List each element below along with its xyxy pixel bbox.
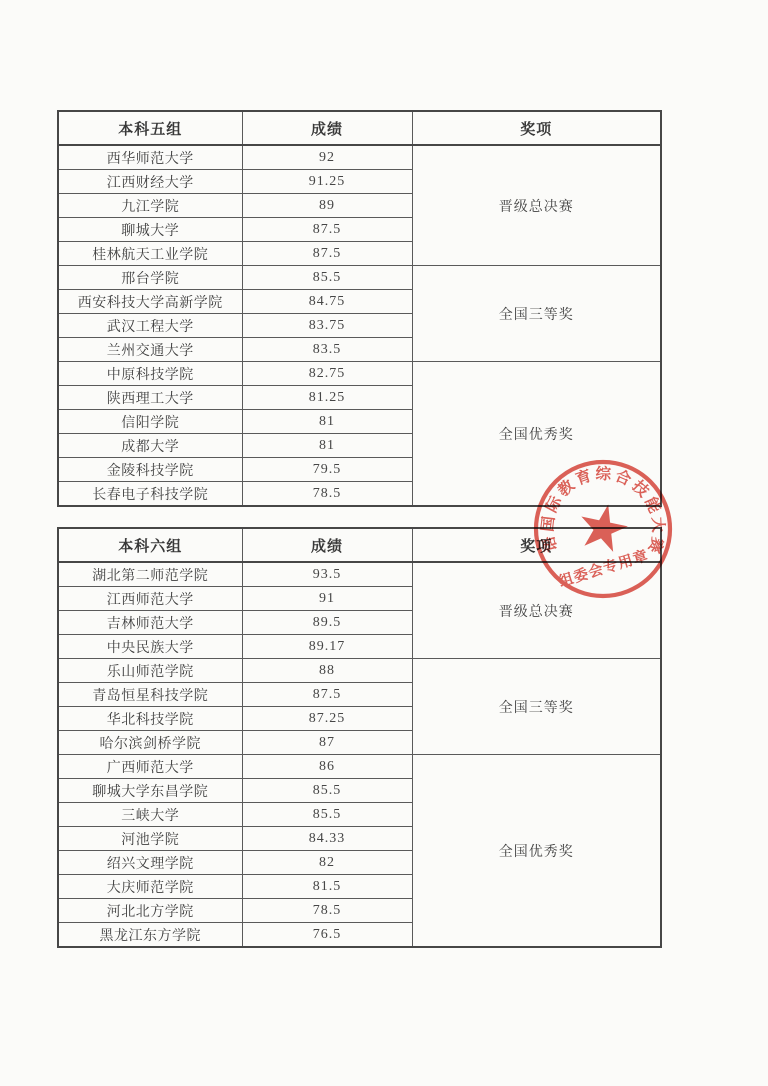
table-row: 湖北第二师范学院93.5晋级总决赛 [58,562,661,587]
score-cell: 85.5 [242,266,412,290]
university-name-cell: 三峡大学 [58,803,242,827]
score-cell: 87.25 [242,707,412,731]
table-header: 本科五组成绩奖项 [58,111,661,145]
university-name-cell: 西安科技大学高新学院 [58,290,242,314]
university-name-cell: 华北科技学院 [58,707,242,731]
university-name-cell: 聊城大学东昌学院 [58,779,242,803]
score-cell: 85.5 [242,779,412,803]
university-name-cell: 成都大学 [58,434,242,458]
score-cell: 84.75 [242,290,412,314]
table-row: 中原科技学院82.75全国优秀奖 [58,362,661,386]
score-cell: 81.25 [242,386,412,410]
university-name-cell: 绍兴文理学院 [58,851,242,875]
university-name-cell: 九江学院 [58,194,242,218]
column-header: 成绩 [242,528,412,562]
score-cell: 78.5 [242,899,412,923]
header-row: 本科五组成绩奖项 [58,111,661,145]
score-cell: 82.75 [242,362,412,386]
column-header: 奖项 [412,111,661,145]
university-name-cell: 黑龙江东方学院 [58,923,242,948]
university-name-cell: 长春电子科技学院 [58,482,242,507]
table-row: 广西师范大学86全国优秀奖 [58,755,661,779]
score-cell: 83.5 [242,338,412,362]
score-cell: 87.5 [242,683,412,707]
score-cell: 76.5 [242,923,412,948]
university-name-cell: 陕西理工大学 [58,386,242,410]
university-name-cell: 桂林航天工业学院 [58,242,242,266]
university-name-cell: 兰州交通大学 [58,338,242,362]
score-cell: 85.5 [242,803,412,827]
university-name-cell: 大庆师范学院 [58,875,242,899]
award-cell: 晋级总决赛 [412,145,661,266]
score-cell: 88 [242,659,412,683]
score-cell: 93.5 [242,562,412,587]
university-name-cell: 哈尔滨剑桥学院 [58,731,242,755]
university-name-cell: 乐山师范学院 [58,659,242,683]
score-table-group6: 本科六组成绩奖项湖北第二师范学院93.5晋级总决赛江西师范大学91吉林师范大学8… [57,527,662,948]
score-cell: 84.33 [242,827,412,851]
score-cell: 79.5 [242,458,412,482]
university-name-cell: 中央民族大学 [58,635,242,659]
university-name-cell: 江西财经大学 [58,170,242,194]
score-cell: 89.5 [242,611,412,635]
award-cell: 全国三等奖 [412,659,661,755]
university-name-cell: 江西师范大学 [58,587,242,611]
table-header: 本科六组成绩奖项 [58,528,661,562]
score-table-group5: 本科五组成绩奖项西华师范大学92晋级总决赛江西财经大学91.25九江学院89聊城… [57,110,662,507]
score-cell: 86 [242,755,412,779]
university-name-cell: 邢台学院 [58,266,242,290]
column-header: 成绩 [242,111,412,145]
university-name-cell: 金陵科技学院 [58,458,242,482]
score-cell: 87 [242,731,412,755]
score-cell: 78.5 [242,482,412,507]
university-name-cell: 湖北第二师范学院 [58,562,242,587]
university-name-cell: 青岛恒星科技学院 [58,683,242,707]
table-row: 乐山师范学院88全国三等奖 [58,659,661,683]
column-header: 本科五组 [58,111,242,145]
table-body: 湖北第二师范学院93.5晋级总决赛江西师范大学91吉林师范大学89.5中央民族大… [58,562,661,947]
university-name-cell: 广西师范大学 [58,755,242,779]
table-row: 西华师范大学92晋级总决赛 [58,145,661,170]
column-header: 奖项 [412,528,661,562]
score-cell: 81.5 [242,875,412,899]
university-name-cell: 聊城大学 [58,218,242,242]
score-cell: 81 [242,434,412,458]
university-name-cell: 河池学院 [58,827,242,851]
score-cell: 83.75 [242,314,412,338]
university-name-cell: 信阳学院 [58,410,242,434]
score-cell: 89 [242,194,412,218]
award-cell: 晋级总决赛 [412,562,661,659]
score-cell: 92 [242,145,412,170]
university-name-cell: 吉林师范大学 [58,611,242,635]
column-header: 本科六组 [58,528,242,562]
university-name-cell: 西华师范大学 [58,145,242,170]
table-row: 邢台学院85.5全国三等奖 [58,266,661,290]
university-name-cell: 河北北方学院 [58,899,242,923]
score-cell: 91 [242,587,412,611]
award-cell: 全国三等奖 [412,266,661,362]
award-cell: 全国优秀奖 [412,362,661,507]
score-cell: 89.17 [242,635,412,659]
document-page: 本科五组成绩奖项西华师范大学92晋级总决赛江西财经大学91.25九江学院89聊城… [0,0,768,1086]
score-cell: 91.25 [242,170,412,194]
header-row: 本科六组成绩奖项 [58,528,661,562]
university-name-cell: 武汉工程大学 [58,314,242,338]
university-name-cell: 中原科技学院 [58,362,242,386]
score-cell: 87.5 [242,218,412,242]
score-cell: 81 [242,410,412,434]
table-body: 西华师范大学92晋级总决赛江西财经大学91.25九江学院89聊城大学87.5桂林… [58,145,661,506]
score-cell: 87.5 [242,242,412,266]
award-cell: 全国优秀奖 [412,755,661,948]
score-cell: 82 [242,851,412,875]
